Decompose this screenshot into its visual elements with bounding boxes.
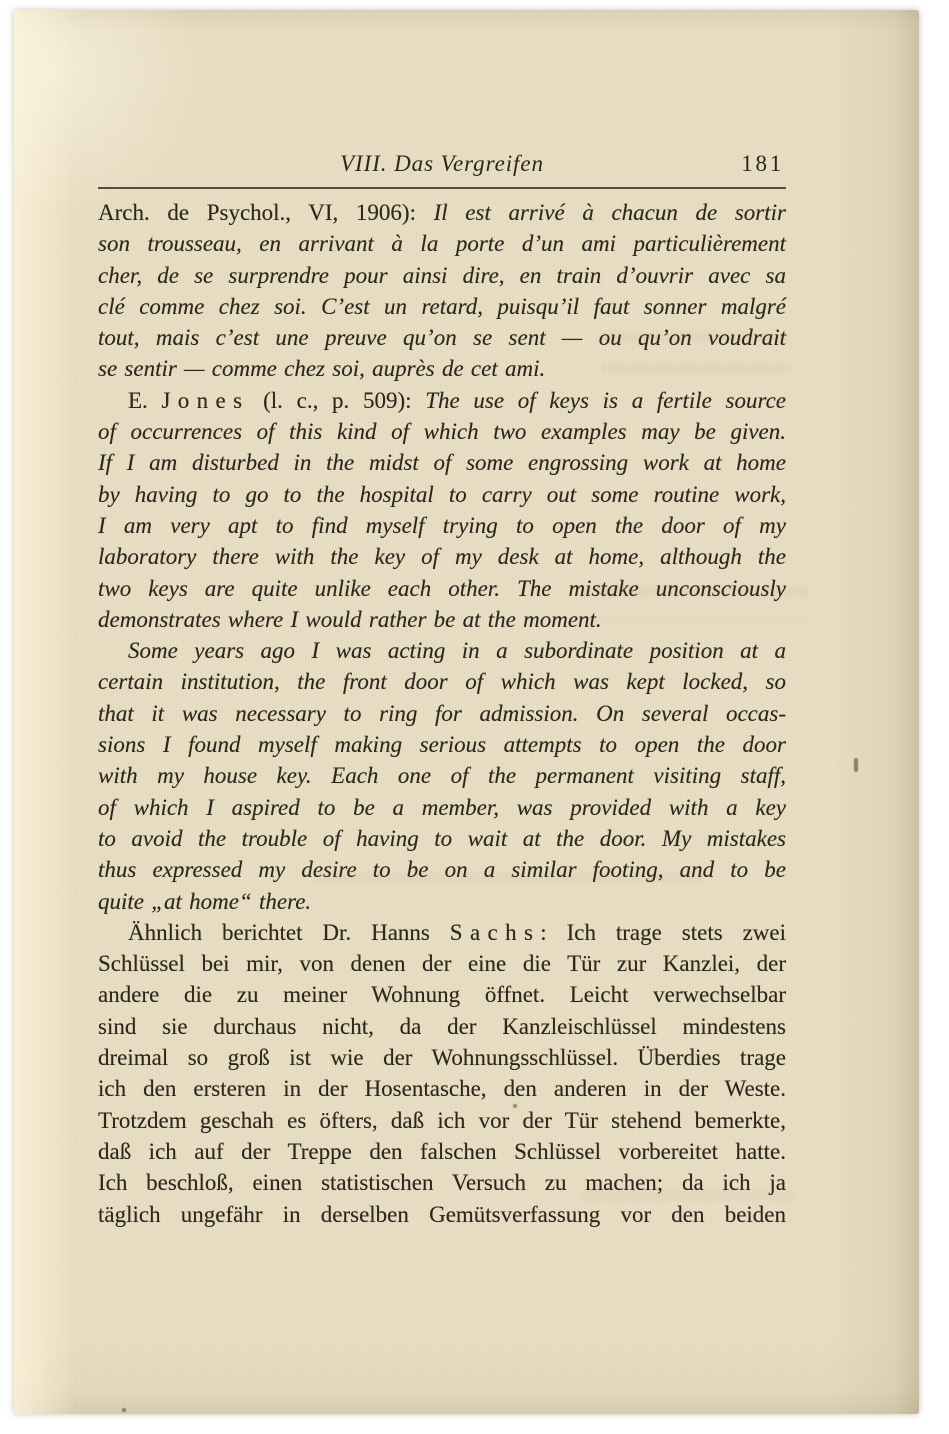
text-line: Ich beschloß, einen statistischen Versuc… [98, 1167, 786, 1198]
text-line: certain institution, the front door of w… [98, 666, 786, 697]
text-segment-roman: : Ich trage stets zwei [540, 920, 786, 945]
text-line: daß ich auf der Treppe den falschen Schl… [98, 1136, 786, 1167]
text-segment-roman: Trotzdem geschah es öfters, daß ich vor … [98, 1108, 786, 1133]
ink-speck [122, 1408, 126, 1412]
text-line: laboratory there with the key of my desk… [98, 541, 786, 572]
text-segment-roman: E. [128, 388, 162, 413]
text-segment-italic: I am very apt to find myself trying to o… [98, 513, 786, 538]
scan-background: { "colors": { "paper": "#e8dec3", "ink":… [0, 0, 949, 1434]
text-line: täglich ungefähr in derselben Gemütsverf… [98, 1199, 786, 1230]
text-line: Ähnlich berichtet Dr. Hanns Sachs: Ich t… [98, 917, 786, 948]
running-title: VIII. Das Vergreifen [98, 150, 786, 178]
text-segment-roman: (l. c., p. 509): [249, 388, 425, 413]
text-segment-roman: Ich beschloß, einen statistischen Versuc… [98, 1170, 786, 1195]
text-segment-italic: The use of keys is a fertile source [425, 388, 786, 413]
text-segment-italic: thus expressed my desire to be on a simi… [98, 857, 786, 882]
text-segment-roman: Arch. de Psychol., VI, 1906): [98, 200, 434, 225]
text-segment-italic: laboratory there with the key of my desk… [98, 544, 786, 569]
text-segment-italic: Some years ago I was acting in a subordi… [128, 638, 786, 663]
text-segment-italic: tout, mais c’est une preuve qu’on se sen… [98, 325, 786, 350]
text-line: thus expressed my desire to be on a simi… [98, 854, 786, 885]
text-segment-italic: that it was necessary to ring for admiss… [98, 701, 786, 726]
text-line: ich den ersteren in der Hosentasche, den… [98, 1073, 786, 1104]
text-segment-italic: son trousseau, en arrivant à la porte d’… [98, 231, 786, 256]
text-line: that it was necessary to ring for admiss… [98, 698, 786, 729]
text-segment-italic: to avoid the trouble of having to wait a… [98, 826, 786, 851]
text-line: tout, mais c’est une preuve qu’on se sen… [98, 322, 786, 353]
text-segment-spaced: Sachs [450, 920, 540, 945]
text-segment-italic: sions I found myself making serious atte… [98, 732, 786, 757]
page-header: VIII. Das Vergreifen 181 [98, 150, 786, 180]
header-rule [98, 187, 786, 189]
text-line: sind sie durchaus nicht, da der Kanzleis… [98, 1011, 786, 1042]
text-line: two keys are quite unlike each other. Th… [98, 573, 786, 604]
text-line: by having to go to the hospital to carry… [98, 479, 786, 510]
text-line: I am very apt to find myself trying to o… [98, 510, 786, 541]
text-line: son trousseau, en arrivant à la porte d’… [98, 228, 786, 259]
text-segment-italic: of occurrences of this kind of which two… [98, 419, 786, 444]
text-segment-italic: of which I aspired to be a member, was p… [98, 795, 786, 820]
text-segment-italic: certain institution, the front door of w… [98, 669, 786, 694]
book-page: VIII. Das Vergreifen 181 Arch. de Psycho… [14, 10, 919, 1414]
text-line: to avoid the trouble of having to wait a… [98, 823, 786, 854]
text-line: of occurrences of this kind of which two… [98, 416, 786, 447]
text-segment-italic: If I am disturbed in the midst of some e… [98, 450, 786, 475]
text-line: dreimal so groß ist wie der Wohnungsschl… [98, 1042, 786, 1073]
text-line: andere die zu meiner Wohnung öffnet. Lei… [98, 979, 786, 1010]
text-segment-roman: daß ich auf der Treppe den falschen Schl… [98, 1139, 786, 1164]
text-line: quite „at home“ there. [98, 886, 786, 917]
text-line: Trotzdem geschah es öfters, daß ich vor … [98, 1105, 786, 1136]
text-segment-roman: sind sie durchaus nicht, da der Kanzleis… [98, 1014, 786, 1039]
text-segment-roman: Schlüssel bei mir, von denen der eine di… [98, 951, 786, 976]
text-line: clé comme chez soi. C’est un retard, pui… [98, 291, 786, 322]
text-line: If I am disturbed in the midst of some e… [98, 447, 786, 478]
text-segment-italic: se sentir — comme chez soi, auprès de ce… [98, 356, 545, 381]
text-line: with my house key. Each one of the perma… [98, 760, 786, 791]
text-segment-italic: demonstrates where I would rather be at … [98, 607, 602, 632]
text-segment-roman: andere die zu meiner Wohnung öffnet. Lei… [98, 982, 786, 1007]
text-segment-roman: Ähnlich berichtet Dr. Hanns [128, 920, 450, 945]
text-segment-roman: dreimal so groß ist wie der Wohnungsschl… [98, 1045, 786, 1070]
text-line: Schlüssel bei mir, von denen der eine di… [98, 948, 786, 979]
page-body: Arch. de Psychol., VI, 1906): Il est arr… [98, 197, 786, 1230]
text-line: of which I aspired to be a member, was p… [98, 792, 786, 823]
page-number: 181 [741, 150, 784, 178]
text-segment-italic: quite „at home“ there. [98, 889, 311, 914]
text-segment-italic: Il est arrivé à chacun de sortir [434, 200, 786, 225]
text-segment-roman: ich den ersteren in der Hosentasche, den… [98, 1076, 786, 1101]
text-line: se sentir — comme chez soi, auprès de ce… [98, 353, 786, 384]
text-line: Arch. de Psychol., VI, 1906): Il est arr… [98, 197, 786, 228]
ink-speck [854, 758, 858, 772]
text-block: VIII. Das Vergreifen 181 Arch. de Psycho… [98, 150, 786, 1230]
text-segment-roman: täglich ungefähr in derselben Gemütsverf… [98, 1202, 786, 1227]
text-segment-italic: cher, de se surprendre pour ainsi dire, … [98, 263, 786, 288]
text-segment-italic: by having to go to the hospital to carry… [98, 482, 786, 507]
text-segment-italic: clé comme chez soi. C’est un retard, pui… [98, 294, 786, 319]
text-segment-spaced: Jones [162, 388, 250, 413]
text-line: demonstrates where I would rather be at … [98, 604, 786, 635]
text-segment-italic: two keys are quite unlike each other. Th… [98, 576, 786, 601]
text-line: E. Jones (l. c., p. 509): The use of key… [98, 385, 786, 416]
text-line: Some years ago I was acting in a subordi… [98, 635, 786, 666]
text-line: sions I found myself making serious atte… [98, 729, 786, 760]
text-segment-italic: with my house key. Each one of the perma… [98, 763, 786, 788]
text-line: cher, de se surprendre pour ainsi dire, … [98, 260, 786, 291]
